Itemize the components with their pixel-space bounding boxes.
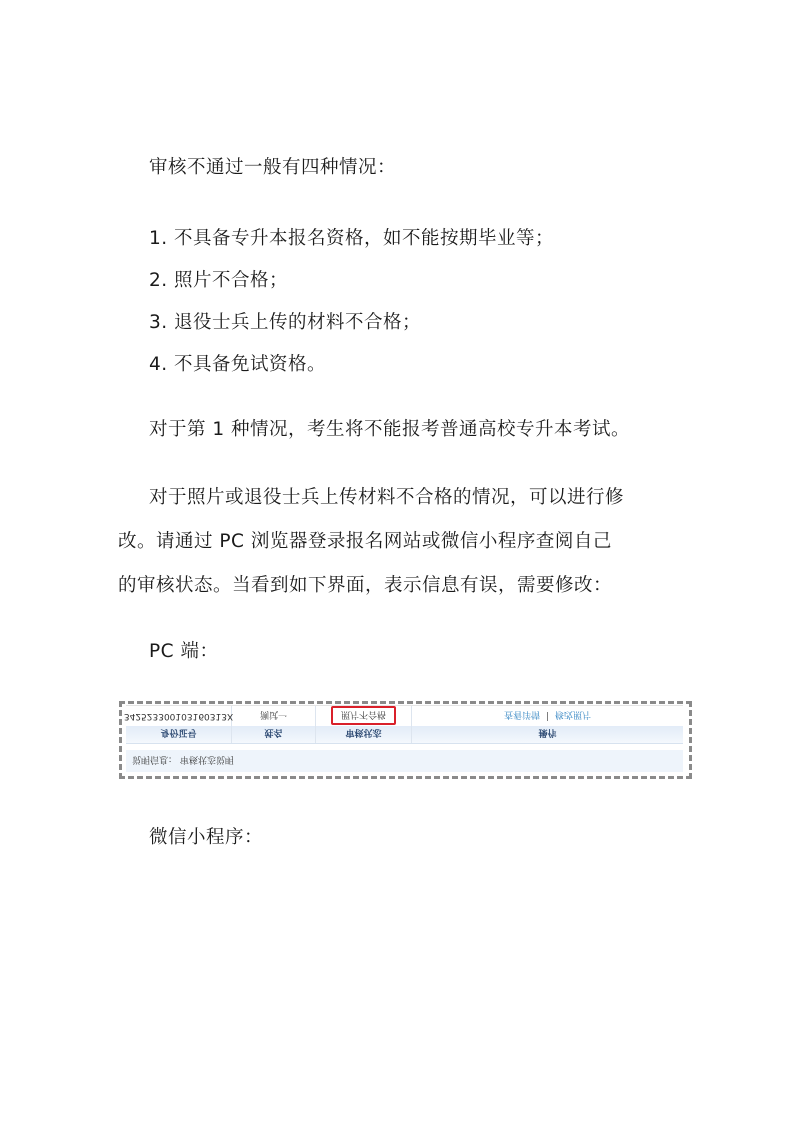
reason-1: 1. 不具备专升本报名资格，如不能按期毕业等； bbox=[149, 227, 554, 251]
cell-id: 342523300103160313X bbox=[126, 706, 232, 726]
note-row: 说明信息： 审核状态说明 bbox=[126, 750, 683, 772]
cell-name: 测试一 bbox=[232, 706, 316, 726]
table-header: 身份证号 姓名 审核状态 操作 bbox=[126, 724, 683, 744]
paragraph-case-1: 对于第 1 种情况，考生将不能报考普通高校专升本考试。 bbox=[149, 418, 630, 442]
header-action: 操作 bbox=[412, 725, 683, 743]
status-badge-highlight: 照片不合格 bbox=[331, 707, 396, 726]
cell-actions: 查看详情 | 修改照片 bbox=[412, 706, 683, 726]
reason-4: 4. 不具备免试资格。 bbox=[149, 353, 326, 377]
wechat-label: 微信小程序： bbox=[149, 826, 263, 850]
edit-photo-link[interactable]: 修改照片 bbox=[555, 710, 591, 723]
paragraph-modify-line-1: 对于照片或退役士兵上传材料不合格的情况，可以进行修 bbox=[149, 486, 624, 510]
table-row: 342523300103160313X 测试一 照片不合格 查看详情 | 修改照… bbox=[126, 705, 683, 726]
flipped-table: 说明信息： 审核状态说明 身份证号 姓名 审核状态 操作 34252330010… bbox=[126, 708, 683, 772]
pc-label: PC 端： bbox=[149, 640, 218, 664]
cell-status: 照片不合格 bbox=[316, 706, 412, 726]
header-status: 审核状态 bbox=[316, 725, 412, 743]
intro-text: 审核不通过一般有四种情况： bbox=[149, 156, 396, 180]
reason-2: 2. 照片不合格； bbox=[149, 269, 288, 293]
pc-screenshot-figure: 说明信息： 审核状态说明 身份证号 姓名 审核状态 操作 34252330010… bbox=[119, 701, 692, 779]
reason-3: 3. 退役士兵上传的材料不合格； bbox=[149, 311, 421, 335]
header-id: 身份证号 bbox=[126, 725, 232, 743]
note-text: 说明信息： 审核状态说明 bbox=[132, 755, 234, 768]
view-details-link[interactable]: 查看详情 bbox=[504, 710, 540, 723]
header-name: 姓名 bbox=[232, 725, 316, 743]
paragraph-modify-line-3: 的审核状态。当看到如下界面，表示信息有误，需要修改： bbox=[118, 574, 612, 598]
paragraph-modify-line-2: 改。请通过 PC 浏览器登录报名网站或微信小程序查阅自己 bbox=[118, 530, 612, 554]
action-separator: | bbox=[546, 711, 549, 721]
